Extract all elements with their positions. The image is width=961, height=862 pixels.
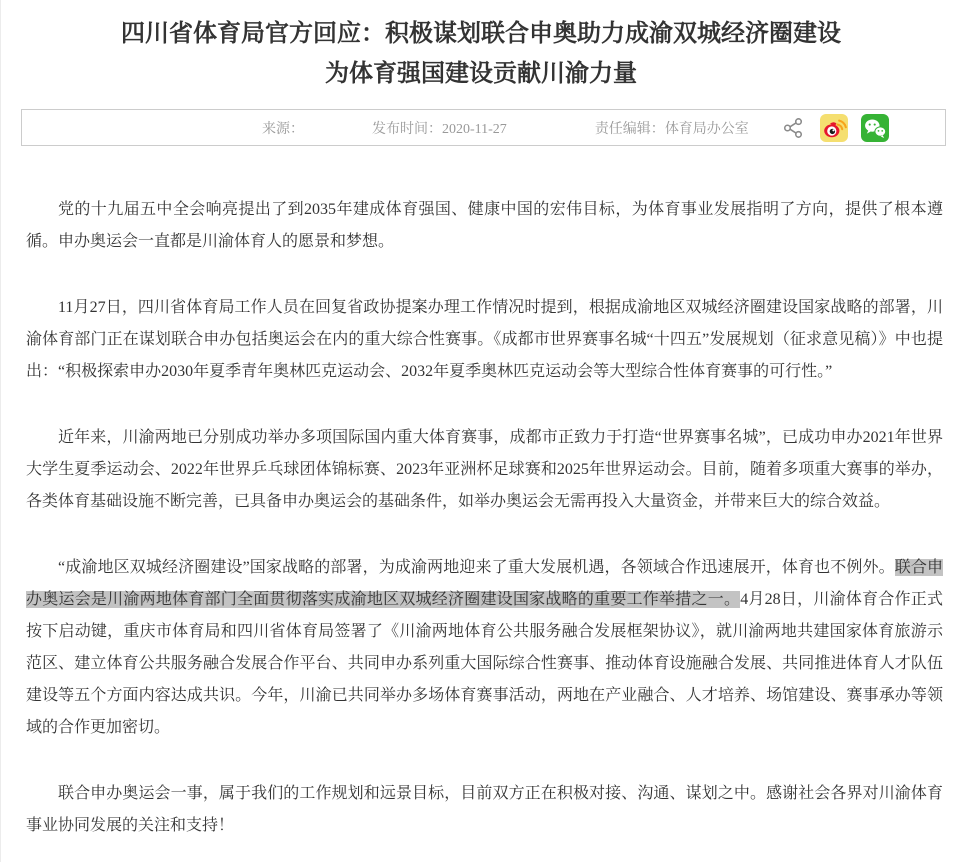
paragraph-4-after: 4月28日，川渝体育合作正式按下启动键，重庆市体育局和四川省体育局签署了《川渝两… <box>26 591 943 736</box>
meta-source: 来源： <box>262 118 304 138</box>
article-title: 四川省体育局官方回应：积极谋划联合申奥助力成渝双城经济圈建设 为体育强国建设贡献… <box>1 0 961 94</box>
share-icon[interactable] <box>779 114 807 142</box>
title-line-2: 为体育强国建设贡献川渝力量 <box>1 54 961 94</box>
meta-editor: 责任编辑：体育局办公室 <box>595 118 749 138</box>
wechat-icon[interactable] <box>861 114 889 142</box>
paragraph-3: 近年来，川渝两地已分别成功举办多项国际国内重大体育赛事，成都市正致力于打造“世界… <box>26 422 943 518</box>
meta-publish-date: 发布时间：2020-11-27 <box>372 118 507 138</box>
article-body: 党的十九届五中全会响亮提出了到2035年建成体育强国、健康中国的宏伟目标，为体育… <box>1 146 961 862</box>
meta-source-label: 来源： <box>262 122 304 137</box>
meta-editor-value: 体育局办公室 <box>665 122 749 137</box>
title-line-1: 四川省体育局官方回应：积极谋划联合申奥助力成渝双城经济圈建设 <box>1 14 961 54</box>
meta-editor-label: 责任编辑： <box>595 122 665 137</box>
meta-publish-value: 2020-11-27 <box>442 122 507 137</box>
share-icon-group <box>779 114 889 142</box>
meta-publish-label: 发布时间： <box>372 122 442 137</box>
weibo-icon[interactable] <box>820 114 848 142</box>
paragraph-5: 联合申办奥运会一事，属于我们的工作规划和远景目标，目前双方正在积极对接、沟通、谋… <box>26 778 943 842</box>
meta-bar: 来源： 发布时间：2020-11-27 责任编辑：体育局办公室 <box>21 109 946 146</box>
article-page: 四川省体育局官方回应：积极谋划联合申奥助力成渝双城经济圈建设 为体育强国建设贡献… <box>0 0 961 862</box>
paragraph-4: “成渝地区双城经济圈建设”国家战略的部署，为成渝两地迎来了重大发展机遇，各领域合… <box>26 552 943 744</box>
paragraph-2: 11月27日，四川省体育局工作人员在回复省政协提案办理工作情况时提到，根据成渝地… <box>26 292 943 388</box>
paragraph-4-before: “成渝地区双城经济圈建设”国家战略的部署，为成渝两地迎来了重大发展机遇，各领域合… <box>58 559 895 576</box>
paragraph-1: 党的十九届五中全会响亮提出了到2035年建成体育强国、健康中国的宏伟目标，为体育… <box>26 194 943 258</box>
